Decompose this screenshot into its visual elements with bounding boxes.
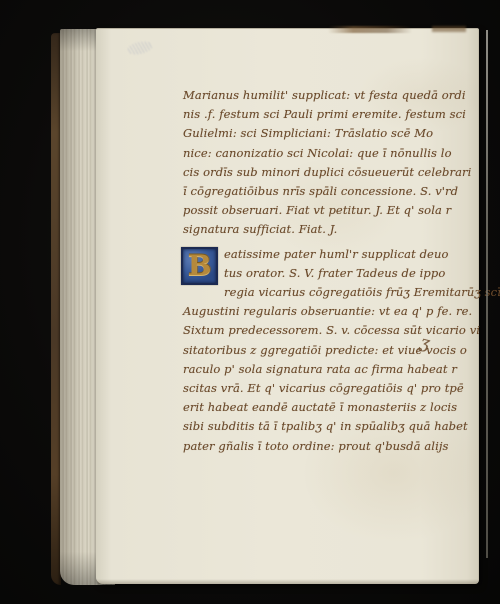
text-line: Augustini regularis obseruantie: vt ea q… <box>183 302 475 321</box>
text-line: ī cōgregatiōibus nrīs spāli concessione.… <box>183 182 475 201</box>
text-line: pater gñalis ī toto ordine: prout q'busd… <box>183 437 475 456</box>
petition-paragraph-marianus: Marianus humilit' supplicat: vt festa qu… <box>183 86 475 240</box>
text-line: sitatoribus z ggregatiōi predicte: et vi… <box>183 341 475 360</box>
text-line: scitas vrā. Et q' vicarius cōgregatiōis … <box>183 379 475 398</box>
page-edge-stain <box>328 26 412 33</box>
text-line: erit habeat eandē auctatē ī monasteriis … <box>183 398 475 417</box>
text-line: possit obseruari. Fiat vt petitur. J. Et… <box>183 201 475 220</box>
petition-paragraph-beatissime: B eatissime pater huml'r supplicat deuo … <box>183 245 475 456</box>
photo-background: Marianus humilit' supplicat: vt festa qu… <box>0 0 500 604</box>
page-edge-stain-small <box>432 26 466 32</box>
text-line: eatissime pater huml'r supplicat deuo <box>183 245 475 264</box>
text-line: Marianus humilit' supplicat: vt festa qu… <box>183 86 475 105</box>
text-line: nice: canonizatio sci Nicolai: que ī nōn… <box>183 144 475 163</box>
illuminated-initial-B: B <box>181 247 218 285</box>
text-line: regia vicarius cōgregatiōis frūʒ Eremita… <box>183 283 475 302</box>
text-line: cis ordīs sub minori duplici cōsueuerūt … <box>183 163 475 182</box>
text-line: nis .f. festum sci Pauli primi eremite. … <box>183 105 475 124</box>
text-line: Gulielmi: sci Simpliciani: Trāslatio scē… <box>183 124 475 143</box>
facing-page-edge-line <box>486 30 488 558</box>
faint-pencil-mark <box>126 39 154 56</box>
initial-letter: B <box>188 252 212 280</box>
manuscript-text-block: Marianus humilit' supplicat: vt festa qu… <box>183 86 475 456</box>
manuscript-page: Marianus humilit' supplicat: vt festa qu… <box>96 28 479 584</box>
text-line: raculo p' sola signatura rata ac firma h… <box>183 360 475 379</box>
text-line: sibi subditis tā ī tpalibʒ q' in spūalib… <box>183 417 475 436</box>
text-line: signatura sufficiat. Fiat. J. <box>183 220 475 239</box>
text-line: tus orator. S. V. frater Tadeus de ippo <box>183 264 475 283</box>
